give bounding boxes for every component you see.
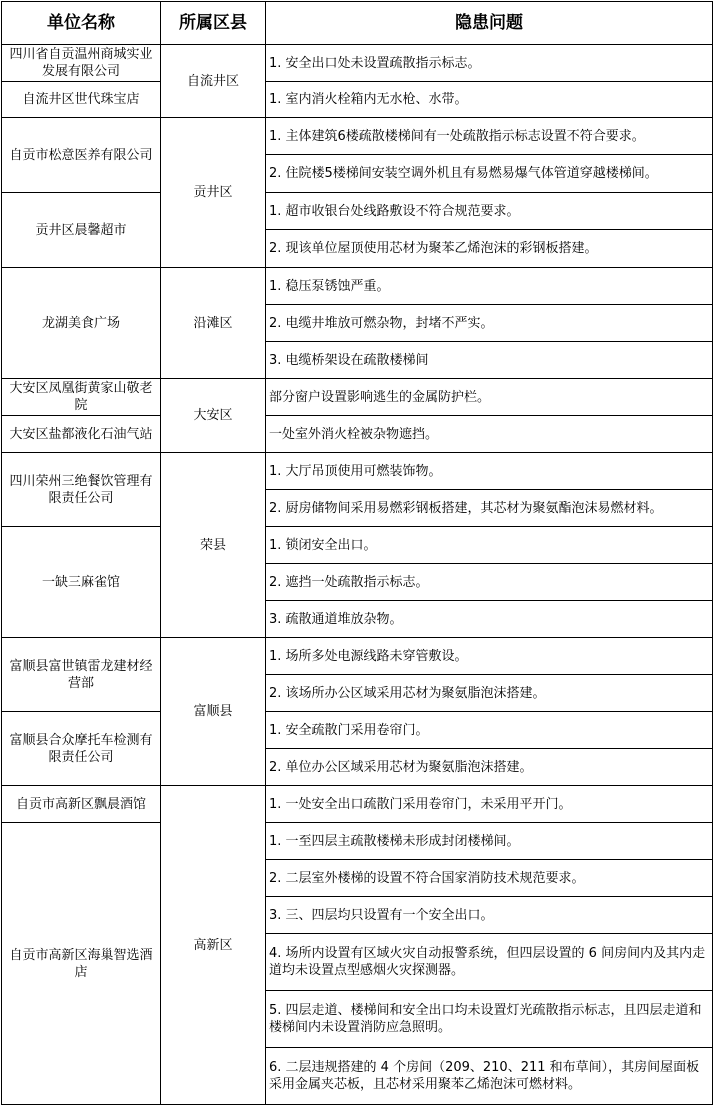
hazard-issue: 1. 一至四层主疏散楼梯未形成封闭楼梯间。 [266,823,713,860]
unit-name: 富顺县富世镇雷龙建材经营部 [2,638,161,712]
header-district: 所属区县 [161,2,266,45]
table-row: 大安区盐都液化石油气站 一处室外消火栓被杂物遮挡。 [2,416,713,453]
hazard-issue: 4. 场所内设置有区域火灾自动报警系统，但四层设置的 6 间房间内及其内走道均未… [266,934,713,991]
hazard-issue: 1. 场所多处电源线路未穿管敷设。 [266,638,713,675]
unit-name: 自贡市松意医养有限公司 [2,118,161,193]
table-row: 一缺三麻雀馆 1. 锁闭安全出口。 [2,527,713,564]
hazard-issue: 部分窗户设置影响逃生的金属防护栏。 [266,379,713,416]
hazard-issue: 2. 电缆井堆放可燃杂物，封堵不严实。 [266,305,713,342]
hazard-issue: 1. 一处安全出口疏散门采用卷帘门，未采用平开门。 [266,786,713,823]
unit-name: 贡井区晨馨超市 [2,193,161,268]
hazard-issue: 1. 大厅吊顶使用可燃装饰物。 [266,453,713,490]
table-row: 富顺县富世镇雷龙建材经营部 富顺县 1. 场所多处电源线路未穿管敷设。 [2,638,713,675]
hazard-issue: 3. 三、四层均只设置有一个安全出口。 [266,897,713,934]
table-row: 自流井区世代珠宝店 1. 室内消火栓箱内无水枪、水带。 [2,82,713,118]
hazard-issue: 2. 现该单位屋顶使用芯材为聚苯乙烯泡沫的彩钢板搭建。 [266,230,713,268]
hazard-issue: 5. 四层走道、楼梯间和安全出口均未设置灯光疏散指示标志，且四层走道和楼梯间内未… [266,991,713,1048]
unit-name: 四川荣州三绝餐饮管理有限责任公司 [2,453,161,527]
district: 富顺县 [161,638,266,786]
hazard-issue: 1. 安全出口处未设置疏散指示标志。 [266,45,713,82]
unit-name: 富顺县合众摩托车检测有限责任公司 [2,712,161,786]
table-row: 自贡市高新区海巢智选酒店 1. 一至四层主疏散楼梯未形成封闭楼梯间。 [2,823,713,860]
table-row: 四川省自贡温州商城实业发展有限公司 自流井区 1. 安全出口处未设置疏散指示标志… [2,45,713,82]
unit-name: 自流井区世代珠宝店 [2,82,161,118]
hazard-issue: 2. 单位办公区域采用芯材为聚氨脂泡沫搭建。 [266,749,713,786]
table-row: 四川荣州三绝餐饮管理有限责任公司 荣县 1. 大厅吊顶使用可燃装饰物。 [2,453,713,490]
table-row: 自贡市松意医养有限公司 贡井区 1. 主体建筑6楼疏散楼梯间有一处疏散指示标志设… [2,118,713,155]
unit-name: 大安区凤凰街黄家山敬老院 [2,379,161,416]
hazard-issue: 6. 二层违规搭建的 4 个房间（209、210、211 和布草间），其房间屋面… [266,1048,713,1105]
header-hazard-issue: 隐患问题 [266,2,713,45]
hazard-issue: 1. 超市收银台处线路敷设不符合规范要求。 [266,193,713,230]
hazard-issue: 1. 安全疏散门采用卷帘门。 [266,712,713,749]
hazard-issue: 1. 主体建筑6楼疏散楼梯间有一处疏散指示标志设置不符合要求。 [266,118,713,155]
unit-name: 自贡市高新区飘晨酒馆 [2,786,161,823]
table-row: 自贡市高新区飘晨酒馆 高新区 1. 一处安全出口疏散门采用卷帘门，未采用平开门。 [2,786,713,823]
hazard-issue: 2. 住院楼5楼梯间安装空调外机且有易燃易爆气体管道穿越楼梯间。 [266,155,713,193]
unit-name: 大安区盐都液化石油气站 [2,416,161,453]
hazard-issue: 1. 室内消火栓箱内无水枪、水带。 [266,82,713,118]
header-unit-name: 单位名称 [2,2,161,45]
table-row: 龙湖美食广场 沿滩区 1. 稳压泵锈蚀严重。 [2,268,713,305]
hazard-issue: 2. 遮挡一处疏散指示标志。 [266,564,713,601]
hazard-issue: 一处室外消火栓被杂物遮挡。 [266,416,713,453]
hazard-issue: 2. 厨房储物间采用易燃彩钢板搭建，其芯材为聚氨酯泡沫易燃材料。 [266,490,713,527]
hazard-issue: 3. 疏散通道堆放杂物。 [266,601,713,638]
unit-name: 自贡市高新区海巢智选酒店 [2,823,161,1105]
hazard-issue: 1. 稳压泵锈蚀严重。 [266,268,713,305]
district: 大安区 [161,379,266,453]
district: 贡井区 [161,118,266,268]
hazard-issue: 2. 该场所办公区域采用芯材为聚氨脂泡沫搭建。 [266,675,713,712]
district: 沿滩区 [161,268,266,379]
table-row: 富顺县合众摩托车检测有限责任公司 1. 安全疏散门采用卷帘门。 [2,712,713,749]
table-row: 大安区凤凰街黄家山敬老院 大安区 部分窗户设置影响逃生的金属防护栏。 [2,379,713,416]
hazard-issue: 1. 锁闭安全出口。 [266,527,713,564]
unit-name: 一缺三麻雀馆 [2,527,161,638]
hazard-issue: 2. 二层室外楼梯的设置不符合国家消防技术规范要求。 [266,860,713,897]
district: 自流井区 [161,45,266,118]
district: 高新区 [161,786,266,1105]
unit-name: 龙湖美食广场 [2,268,161,379]
hazard-issue: 3. 电缆桥架设在疏散楼梯间 [266,342,713,379]
district: 荣县 [161,453,266,638]
unit-name: 四川省自贡温州商城实业发展有限公司 [2,45,161,82]
header-row: 单位名称 所属区县 隐患问题 [2,2,713,45]
table-row: 贡井区晨馨超市 1. 超市收银台处线路敷设不符合规范要求。 [2,193,713,230]
hazard-table: 单位名称 所属区县 隐患问题 四川省自贡温州商城实业发展有限公司 自流井区 1.… [1,1,713,1105]
